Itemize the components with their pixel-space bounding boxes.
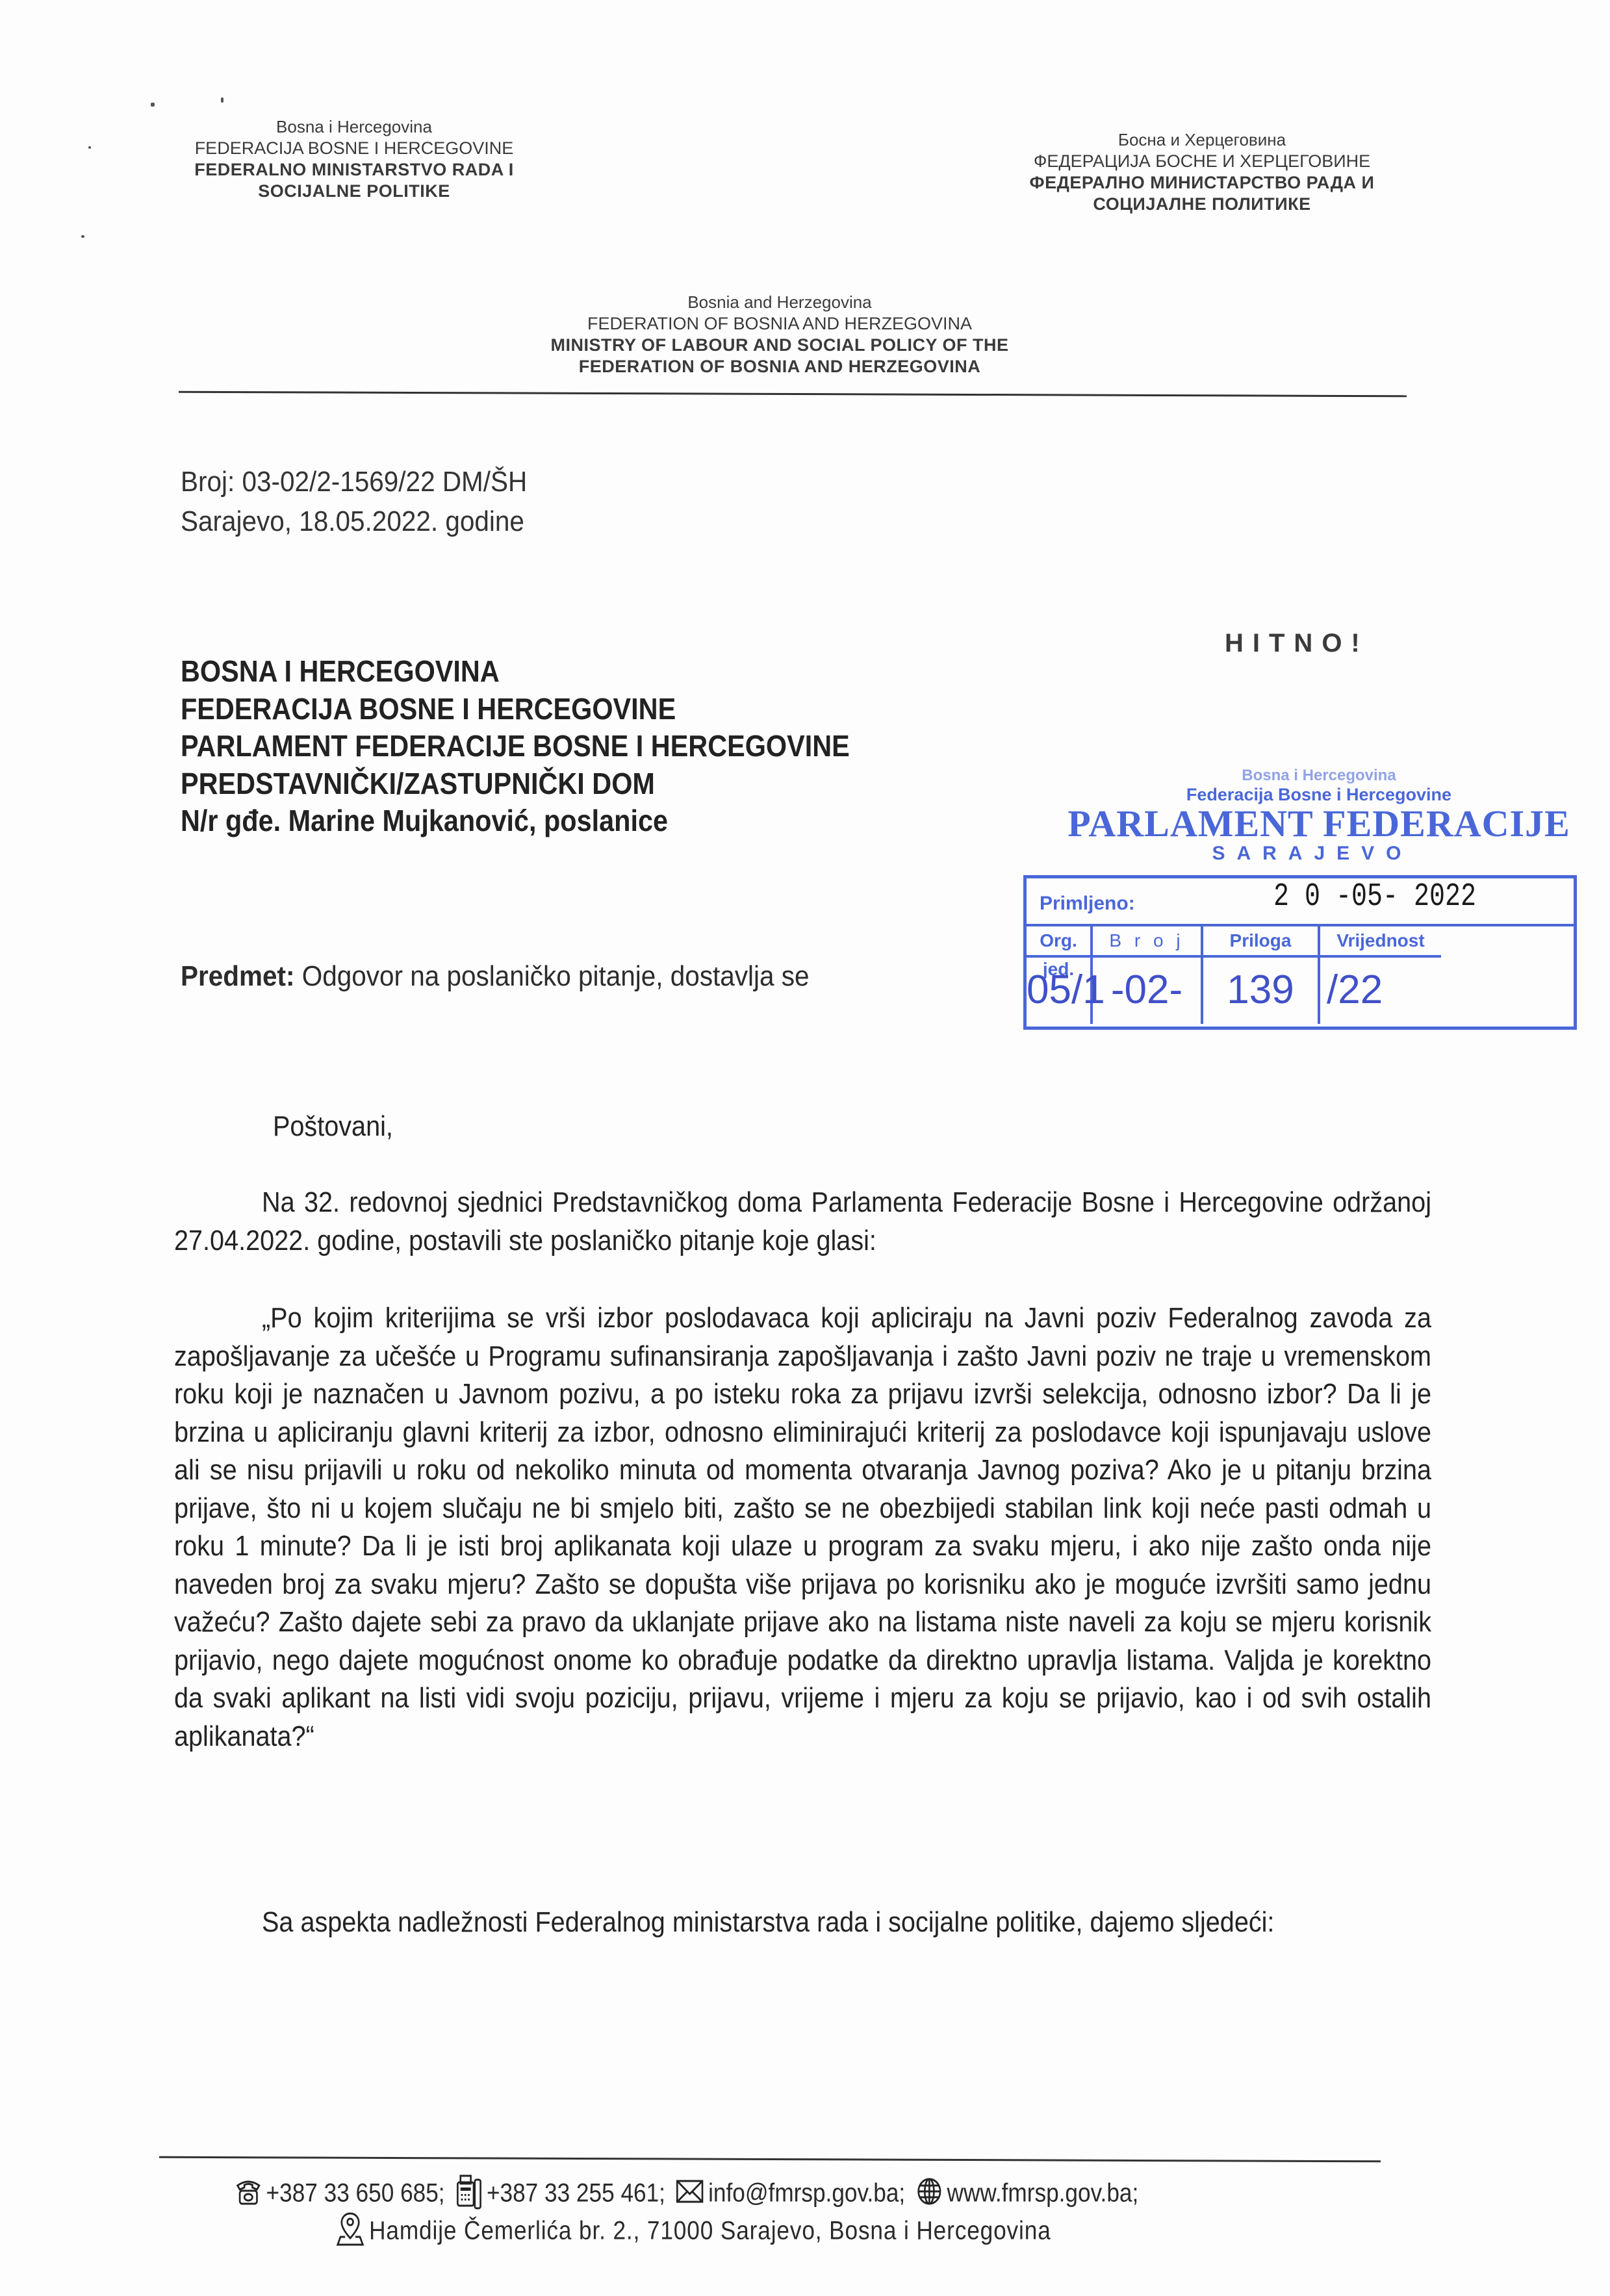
scan-speck [81,235,84,238]
stamp-received-label: Primljeno: [1040,893,1135,915]
recipient-line-2: FEDERACIJA BOSNE I HERCEGOVINE [181,691,850,728]
stamp-col-org: Org. jed. 05/1 [1027,926,1093,1024]
footer-phone: +387 33 650 685; [266,2179,445,2208]
map-pin-icon [336,2211,364,2254]
letterhead-left-country: Bosna i Hercegovina [153,117,556,138]
footer-address: Hamdije Čemerlića br. 2., 71000 Sarajevo… [369,2217,1051,2245]
stamp-attachments-value: 139 [1203,958,1318,1023]
scan-speck [221,97,224,103]
footer-contacts: +387 33 650 685; +387 33 255 461; info@f… [231,2173,1138,2216]
body-paragraph-2: Sa aspekta nadležnosti Federalnog minist… [174,1904,1431,1942]
stamp-table: Primljeno: 2 0 -05- 2022 Org. jed. 05/1 … [1023,875,1577,1030]
letterhead-center-ministry: MINISTRY OF LABOUR AND SOCIAL POLICY OF … [494,335,1066,356]
footer-address-line: Hamdije Čemerlića br. 2., 71000 Sarajevo… [331,2211,1051,2254]
telephone-icon [235,2176,261,2213]
received-stamp: Bosna i Hercegovina Federacija Bosne i H… [1020,767,1592,865]
letterhead-left: Bosna i Hercegovina FEDERACIJA BOSNE I H… [153,117,556,202]
recipient-line-4: PREDSTAVNIČKI/ZASTUPNIČKI DOM [181,765,850,803]
stamp-org-value: 05/1 [1027,958,1090,1023]
stamp-col-value: Vrijednost /22 [1320,926,1441,1024]
stamp-col-attachments: Priloga 139 [1203,926,1320,1024]
subject-label: Predmet: [181,960,294,992]
scan-speck [151,103,155,107]
stamp-col-org-label: Org. jed. [1027,926,1090,958]
footer-email[interactable]: info@fmrsp.gov.ba; [708,2179,905,2208]
recipient-block: BOSNA I HERCEGOVINA FEDERACIJA BOSNE I H… [181,653,850,840]
stamp-col-number-label: B r o j [1093,926,1201,958]
salutation: Poštovani, [273,1108,741,1146]
letterhead-right: Босна и Херцеговина ФЕДЕРАЦИЈА БОСНЕ И Х… [981,130,1423,215]
subject-text: Odgovor na poslaničko pitanje, dostavlja… [302,960,810,992]
letterhead-center-country: Bosnia and Herzegovina [494,292,1066,313]
letterhead-left-ministry: FEDERALNO MINISTARSTVO RADA I [153,159,556,181]
footer-fax: +387 33 255 461; [487,2179,665,2208]
stamp-col-value-label: Vrijednost [1320,926,1441,958]
letterhead-divider [179,391,1407,398]
stamp-col-number: B r o j -02- [1093,926,1203,1024]
recipient-line-3: PARLAMENT FEDERACIJE BOSNE I HERCEGOVINE [181,728,850,765]
stamp-received-row: Primljeno: 2 0 -05- 2022 [1027,878,1574,926]
reference-place-date: Sarajevo, 18.05.2022. godine [181,502,527,542]
letterhead-left-federation: FEDERACIJA BOSNE I HERCEGOVINE [153,138,556,159]
letterhead-right-federation: ФЕДЕРАЦИЈА БОСНЕ И ХЕРЦЕГОВИНЕ [981,151,1423,172]
letterhead-center-federation: FEDERATION OF BOSNIA AND HERZEGOVINA [494,313,1066,335]
stamp-line-3: PARLAMENT FEDERACIJE [1046,805,1592,843]
footer-website[interactable]: www.fmrsp.gov.ba; [947,2179,1139,2208]
fax-icon [455,2173,481,2216]
reference-number: Broj: 03-02/2-1569/22 DM/ŠH [181,463,527,502]
body-paragraph-1: Na 32. redovnoj sjednici Predstavničkog … [174,1184,1431,1260]
stamp-received-date: 2 0 -05- 2022 [1273,878,1476,915]
globe-icon [916,2176,942,2213]
letterhead-right-country: Босна и Херцеговина [981,130,1423,151]
stamp-line-1: Bosna i Hercegovina [1046,767,1592,785]
quoted-question: „Po kojim kriterijima se vrši izbor posl… [174,1299,1431,1755]
stamp-line-4: SARAJEVO [1033,843,1592,865]
urgency-label: HITNO! [1225,629,1369,658]
letterhead-center: Bosnia and Herzegovina FEDERATION OF BOS… [494,292,1066,377]
footer-divider [159,2156,1381,2163]
letterhead-center-ministry-2: FEDERATION OF BOSNIA AND HERZEGOVINA [494,356,1066,377]
stamp-number-value: -02- [1093,958,1201,1023]
stamp-col-attachments-label: Priloga [1203,926,1318,958]
reference-block: Broj: 03-02/2-1569/22 DM/ŠH Sarajevo, 18… [181,463,527,541]
stamp-value-value: /22 [1320,958,1441,1023]
letterhead-right-ministry-2: СОЦИЈАЛНЕ ПОЛИТИКЕ [981,194,1423,215]
scan-speck [88,146,91,149]
recipient-line-1: BOSNA I HERCEGOVINA [181,653,850,691]
letterhead-left-ministry-2: SOCIJALNE POLITIKE [153,181,556,202]
subject-line: Predmet: Odgovor na poslaničko pitanje, … [181,960,810,993]
letterhead-right-ministry: ФЕДЕРАЛНО МИНИСТАРСТВО РАДА И [981,172,1423,194]
envelope-icon [676,2178,704,2211]
recipient-line-5: N/r gđe. Marine Mujkanović, poslanice [181,802,850,840]
